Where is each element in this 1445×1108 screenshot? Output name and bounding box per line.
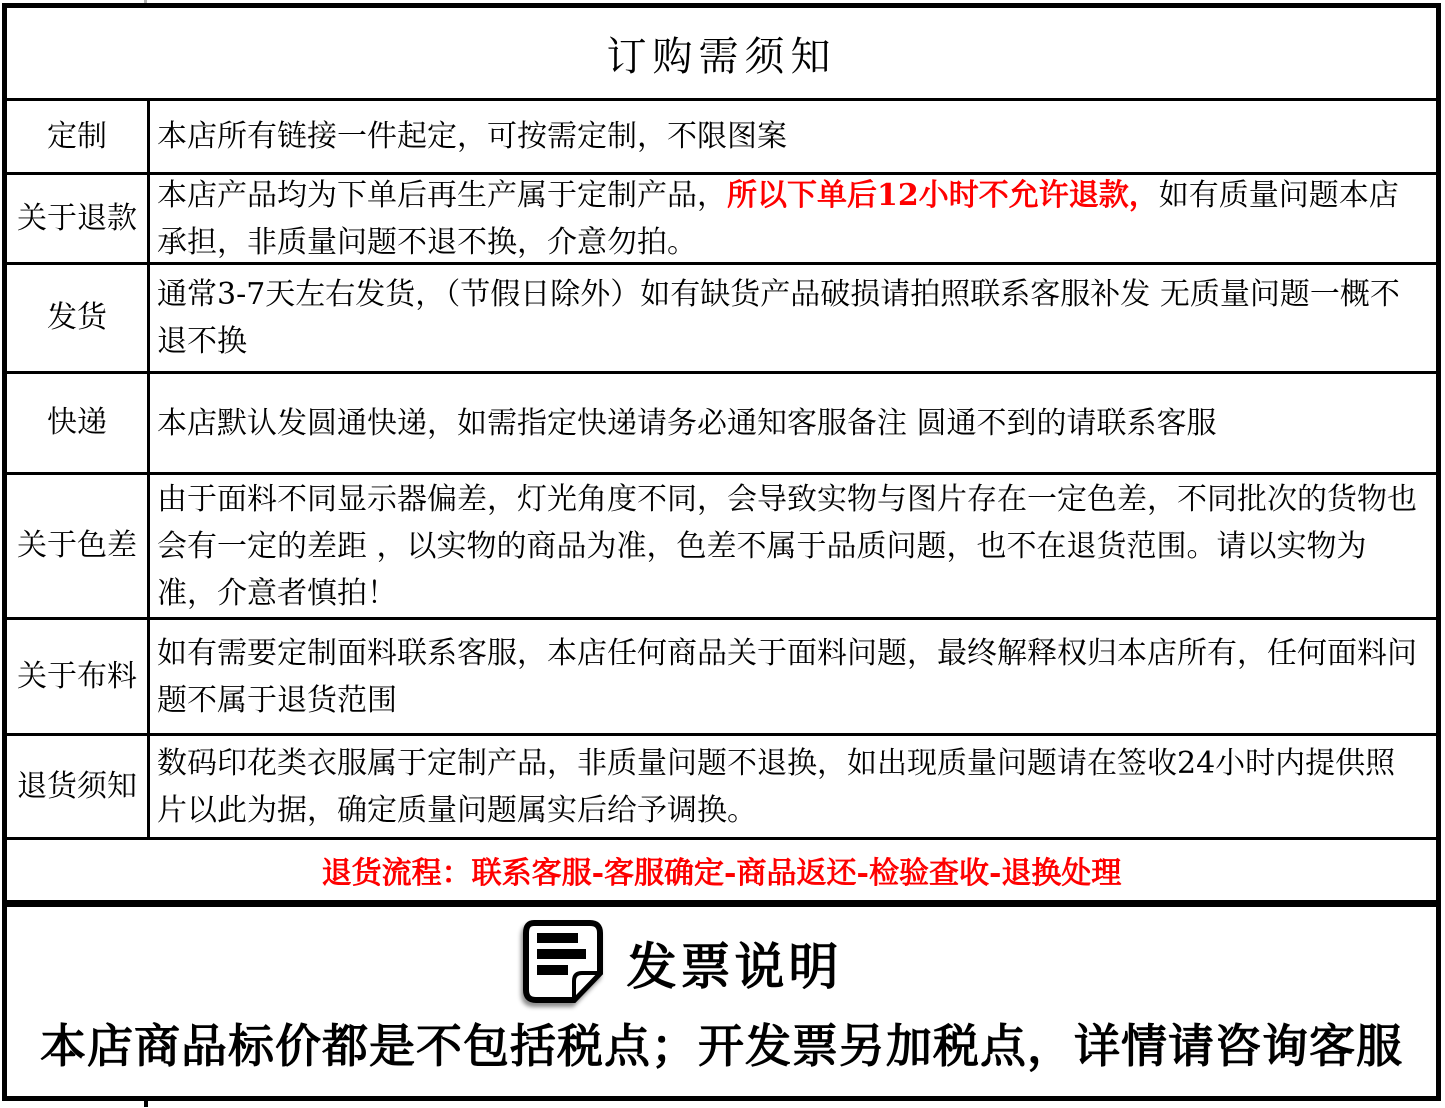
order-notice-table: 订购需须知 定制 本店所有链接一件起定，可按需定制，不限图案 关于退款 本店产品… xyxy=(2,3,1441,1101)
table-row-customization: 定制 本店所有链接一件起定，可按需定制，不限图案 xyxy=(7,98,1436,172)
invoice-header: 发票说明 xyxy=(0,913,1396,1013)
row-content: 数码印花类衣服属于定制产品，非质量问题不退换，如出现质量问题请在签收24小时内提… xyxy=(150,736,1436,837)
memo-icon xyxy=(521,919,607,1007)
row-label: 关于退款 xyxy=(7,175,150,262)
row-label: 退货须知 xyxy=(7,736,150,837)
table-row-shipping: 发货 通常3-7天左右发货，（节假日除外）如有缺货产品破损请拍照联系客服补发 无… xyxy=(7,262,1436,371)
invoice-section: 发票说明 本店商品标价都是不包括税点；开发票另加税点，详情请咨询客服 xyxy=(7,900,1436,1096)
row-label: 关于色差 xyxy=(7,475,150,617)
next-table-column-divider xyxy=(144,1101,148,1107)
row-content: 由于面料不同显示器偏差，灯光角度不同，会导致实物与图片存在一定色差，不同批次的货… xyxy=(150,475,1436,617)
invoice-body: 本店商品标价都是不包括税点；开发票另加税点，详情请咨询客服 xyxy=(7,1015,1436,1077)
adjacent-table-top-sliver xyxy=(0,0,1445,3)
row-label: 发货 xyxy=(7,265,150,371)
table-row-express: 快递 本店默认发圆通快递，如需指定快递请务必通知客服备注 圆通不到的请联系客服 xyxy=(7,371,1436,472)
table-row-return-notes: 退货须知 数码印花类衣服属于定制产品，非质量问题不退换，如出现质量问题请在签收2… xyxy=(7,733,1436,837)
return-process-note: 退货流程：联系客服-客服确定-商品返还-检验查收-退换处理 xyxy=(7,837,1436,900)
next-table-top-sliver xyxy=(0,1101,1445,1107)
invoice-heading: 发票说明 xyxy=(627,927,843,999)
adjacent-column-divider xyxy=(144,0,147,3)
row-content: 本店所有链接一件起定，可按需定制，不限图案 xyxy=(150,101,1436,172)
row-label: 关于布料 xyxy=(7,620,150,733)
table-row-fabric: 关于布料 如有需要定制面料联系客服，本店任何商品关于面料问题，最终解释权归本店所… xyxy=(7,617,1436,733)
table-title-row: 订购需须知 xyxy=(7,8,1436,98)
table-row-refund: 关于退款 本店产品均为下单后再生产属于定制产品，所以下单后12小时不允许退款，如… xyxy=(7,172,1436,262)
table-row-color-difference: 关于色差 由于面料不同显示器偏差，灯光角度不同，会导致实物与图片存在一定色差，不… xyxy=(7,472,1436,617)
row-content: 本店默认发圆通快递，如需指定快递请务必通知客服备注 圆通不到的请联系客服 xyxy=(150,374,1436,472)
row-content: 本店产品均为下单后再生产属于定制产品，所以下单后12小时不允许退款，如有质量问题… xyxy=(150,175,1436,262)
row-label: 快递 xyxy=(7,374,150,472)
return-process-text: 退货流程：联系客服-客服确定-商品返还-检验查收-退换处理 xyxy=(322,848,1122,892)
row-content: 通常3-7天左右发货，（节假日除外）如有缺货产品破损请拍照联系客服补发 无质量问… xyxy=(150,265,1436,371)
row-content: 如有需要定制面料联系客服，本店任何商品关于面料问题，最终解释权归本店所有，任何面… xyxy=(150,620,1436,733)
page-title: 订购需须知 xyxy=(607,25,837,82)
row-label: 定制 xyxy=(7,101,150,172)
